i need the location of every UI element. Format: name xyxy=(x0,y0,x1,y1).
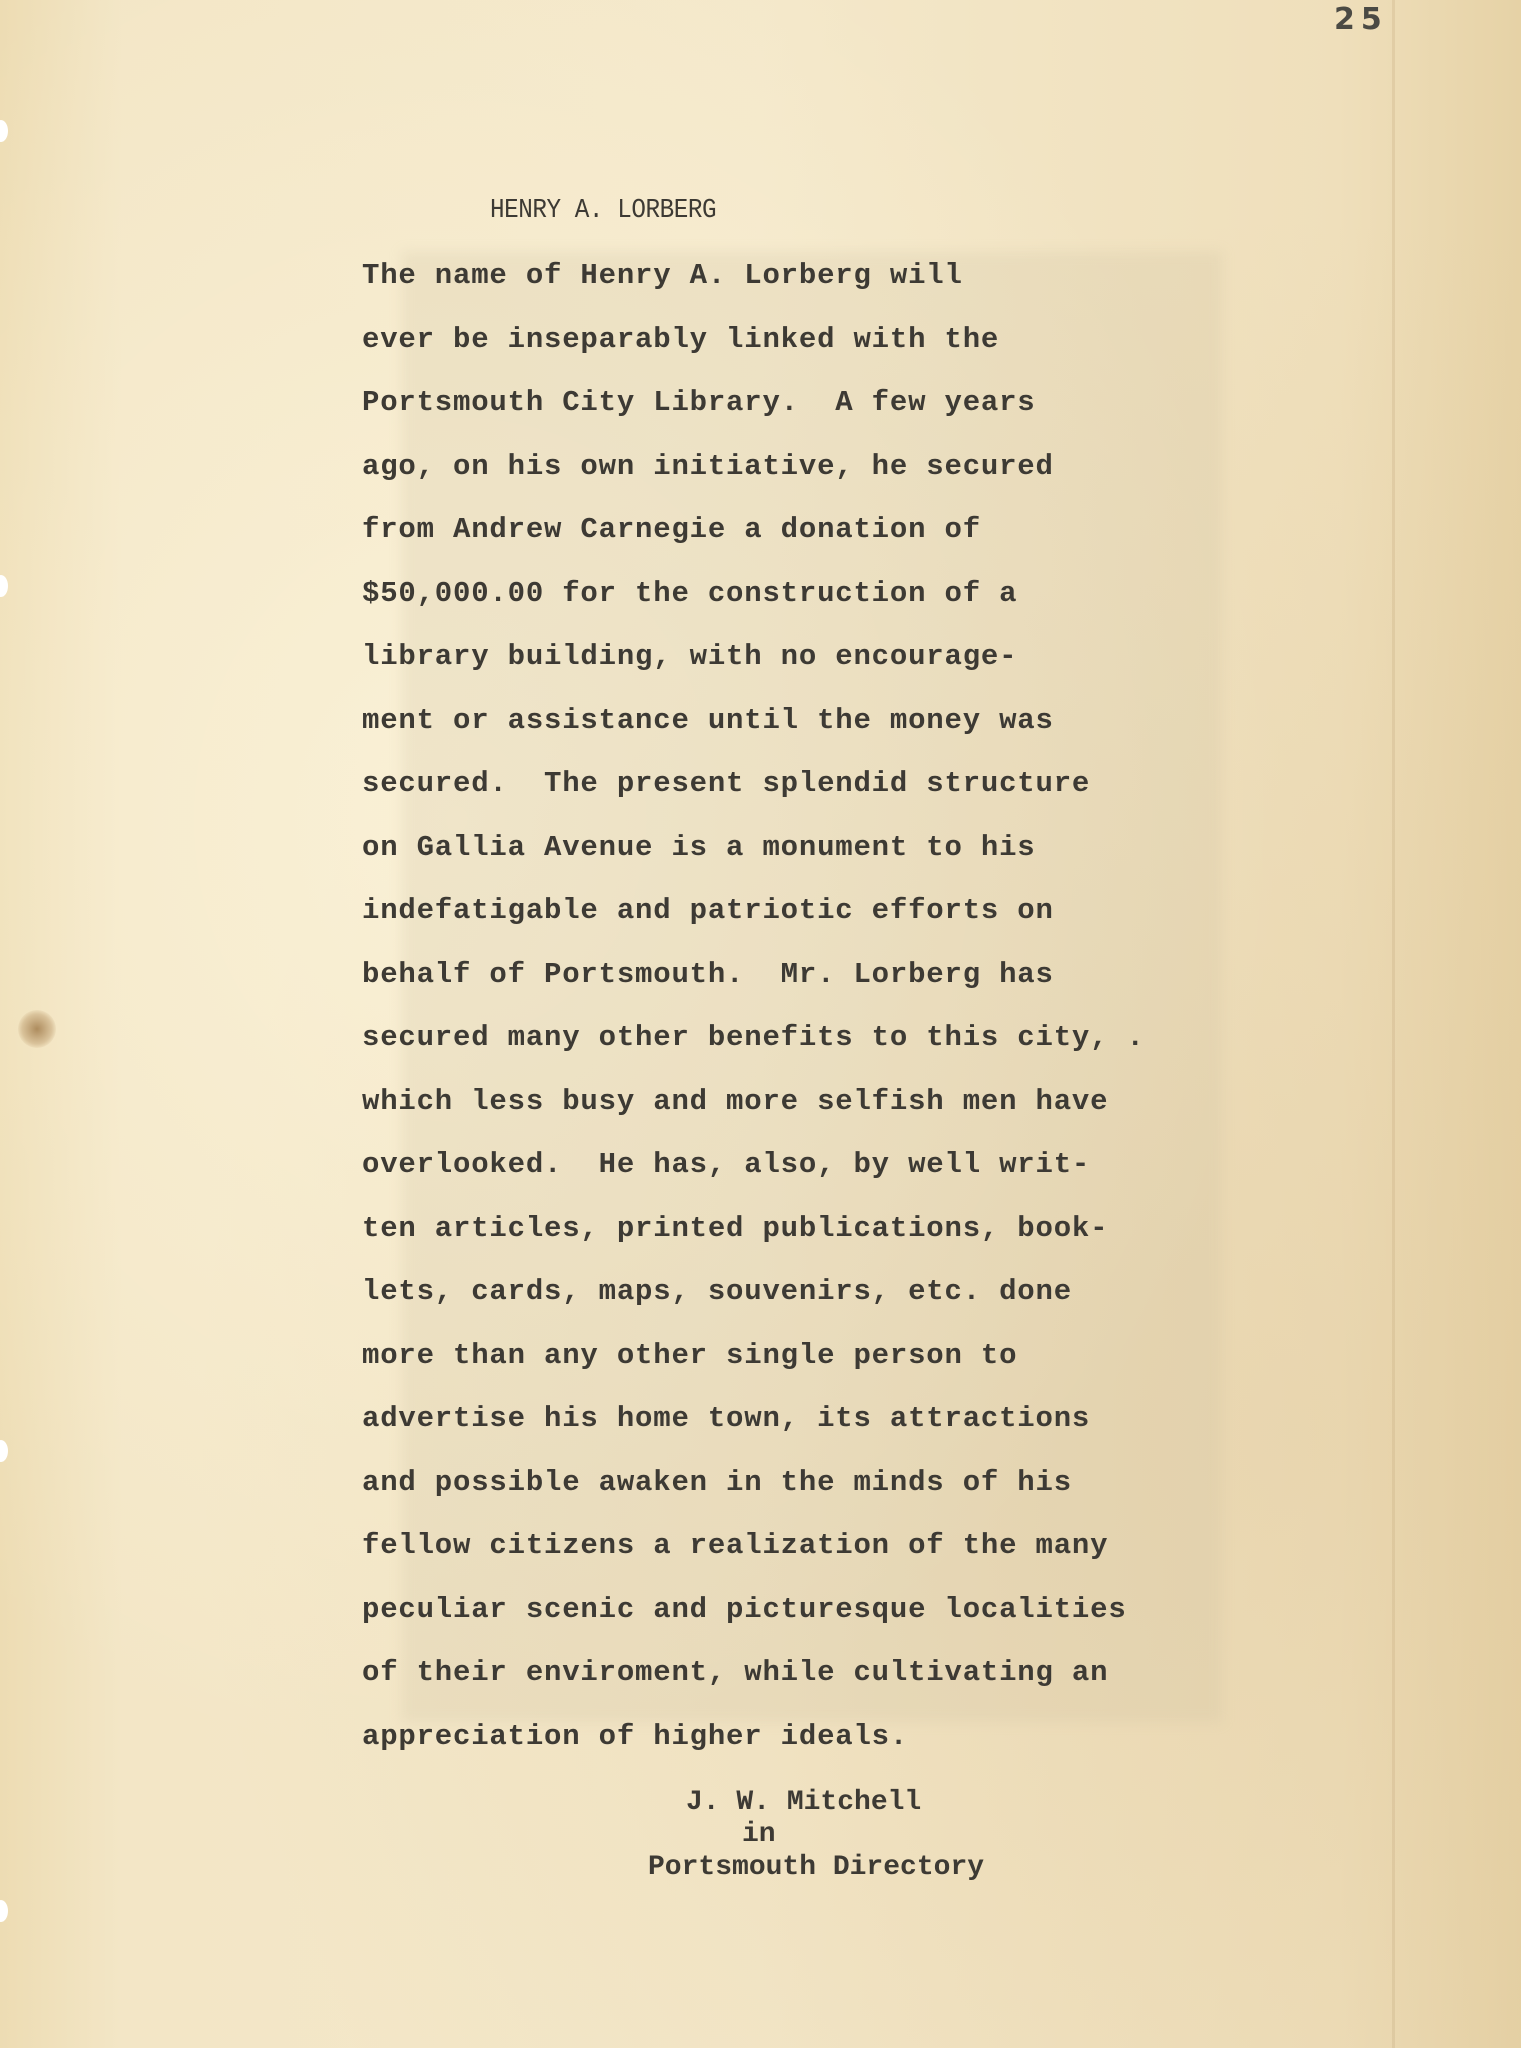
text-line: library building, with no encourage- xyxy=(362,639,1145,703)
text-line: indefatigable and patriotic efforts on xyxy=(362,893,1145,957)
signature-source: Portsmouth Directory xyxy=(648,1851,984,1884)
text-line: and possible awaken in the minds of his xyxy=(362,1465,1145,1529)
text-line: advertise his home town, its attractions xyxy=(362,1401,1145,1465)
signature-author: J. W. Mitchell xyxy=(686,1786,921,1819)
paper-fold-line xyxy=(1392,0,1395,2048)
binding-hole xyxy=(0,575,8,597)
binding-hole xyxy=(0,1900,8,1922)
paper-stain xyxy=(18,1010,56,1048)
text-line: peculiar scenic and picturesque localiti… xyxy=(362,1592,1145,1656)
text-line: appreciation of higher ideals. xyxy=(362,1719,1145,1783)
document-page: 25 HENRY A. LORBERG The name of Henry A.… xyxy=(0,0,1521,2048)
text-line: fellow citizens a realization of the man… xyxy=(362,1528,1145,1592)
text-line: behalf of Portsmouth. Mr. Lorberg has xyxy=(362,957,1145,1021)
signature-connector: in xyxy=(742,1818,776,1851)
text-line: ever be inseparably linked with the xyxy=(362,322,1145,386)
text-line: ten articles, printed publications, book… xyxy=(362,1211,1145,1275)
handwritten-page-number: 25 xyxy=(1334,2,1388,37)
body-text: The name of Henry A. Lorberg will ever b… xyxy=(362,258,1145,1782)
text-line: lets, cards, maps, souvenirs, etc. done xyxy=(362,1274,1145,1338)
text-line: $50,000.00 for the construction of a xyxy=(362,576,1145,640)
document-title: HENRY A. LORBERG xyxy=(490,196,716,226)
text-line: ment or assistance until the money was xyxy=(362,703,1145,767)
text-line: on Gallia Avenue is a monument to his xyxy=(362,830,1145,894)
binding-hole xyxy=(0,120,8,142)
text-line: ago, on his own initiative, he secured xyxy=(362,449,1145,513)
text-line: secured many other benefits to this city… xyxy=(362,1020,1145,1084)
text-line: secured. The present splendid structure xyxy=(362,766,1145,830)
text-line: overlooked. He has, also, by well writ- xyxy=(362,1147,1145,1211)
text-line: more than any other single person to xyxy=(362,1338,1145,1402)
text-line: The name of Henry A. Lorberg will xyxy=(362,258,1145,322)
text-line: from Andrew Carnegie a donation of xyxy=(362,512,1145,576)
binding-hole xyxy=(0,1440,8,1462)
text-line: Portsmouth City Library. A few years xyxy=(362,385,1145,449)
text-line: which less busy and more selfish men hav… xyxy=(362,1084,1145,1148)
text-line: of their enviroment, while cultivating a… xyxy=(362,1655,1145,1719)
